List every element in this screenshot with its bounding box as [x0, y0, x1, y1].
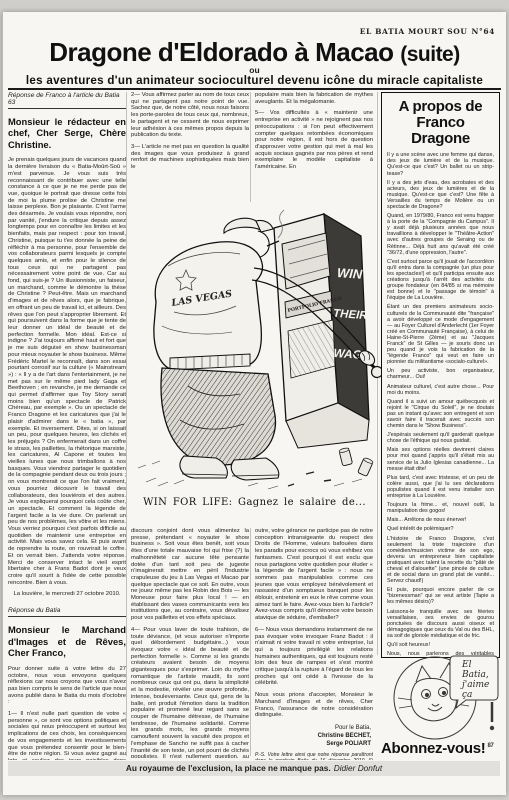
signoff-name-1: Christine BECHET,: [255, 732, 371, 740]
signoff-org: Pour le Batia,: [255, 724, 371, 732]
batia-reply-point-5-end: outre, votre gérance ne participe pas de…: [255, 528, 373, 622]
page-title-main: Dragone d'Eldorado à Macao: [49, 37, 393, 67]
franco-letter-salutation: Monsieur le rédacteur en chef, Cher Serg…: [8, 116, 126, 150]
batia-reply-point-1: 1— Il n'est nulle part question de votre…: [8, 711, 126, 760]
issue-number: N°64: [472, 27, 495, 36]
sidebar-paragraph: L'histoire de Franco Dragone, c'est seul…: [387, 536, 494, 585]
sidebar-paragraph: Toujours la frime... et, nouvel outil, l…: [387, 502, 494, 514]
batia-reply-point-6: 6— Nous vous demandons instamment de ne …: [255, 627, 373, 687]
beer-cans: [288, 447, 374, 486]
batia-reply-point-3-end: populaire mais bien la fabrication de my…: [255, 92, 373, 105]
doodle-text-line: Batia,: [461, 670, 489, 680]
column-franco-letter: Réponse de Franco à l'article du Batia 6…: [8, 92, 126, 760]
column-reply-2-bottom: discours conjoint dont vous alimentez la…: [131, 528, 249, 758]
footer-quote: Au royaume de l'exclusion, la place ne m…: [126, 763, 331, 773]
sidebar-paragraph: Mais... Arrêtons de nous énerver!: [387, 517, 494, 523]
sidebar-paragraph: Quand il a suivi un amour québecquois et…: [387, 399, 494, 429]
sidebar-paragraph: Mais ses options réelles devinrent clair…: [387, 447, 494, 471]
sidebar-paragraph: Il y a une scène avec une femme qui dans…: [387, 152, 494, 176]
editorial-cartoon: PORTFOLIO FRANCO WIN THEIR WAGE: [128, 206, 381, 508]
doodle-text-line: ça: [462, 690, 472, 700]
batia-reply-point-2: 2— Vous affirmez parler au nom de tous c…: [131, 92, 249, 139]
franco-letter-body: Je prenais quelques jours de vacances qu…: [8, 157, 126, 586]
sidebar-paragraph: Qu'il soit heureux!: [387, 642, 494, 648]
column-reply-3-bottom: outre, votre gérance ne participe pas de…: [255, 528, 373, 760]
page-title-suffix: (suite): [400, 43, 460, 66]
signoff-name-2: Serge POLIART: [255, 740, 371, 748]
subscribe-text: Abonnez-vous!: [381, 740, 485, 757]
column-rule: [250, 528, 251, 756]
batia-reply-point-5-start: 5— Vos difficultés à « maintenir une ent…: [255, 110, 373, 170]
sidebar-paragraph: Un peu activiste, bon organisateur, char…: [387, 368, 494, 380]
page-subtitle: les aventures d'un animateur sociocultur…: [0, 74, 509, 87]
cartoon-caption: WIN FOR LIFE: Gagnez le salaire de...: [128, 497, 381, 508]
sidebar-title: A propos de Franco Dragone: [387, 99, 494, 146]
franco-letter-dateline: La louvière, le mercredi 27 octobre 2010…: [8, 591, 126, 597]
slot-machine: PORTFOLIO FRANCO WIN THEIR WAGE: [274, 214, 381, 448]
sidebar-paragraph: Quel intérêt de polémiquer?: [387, 526, 494, 532]
sidebar-paragraph: J'espérais seulement qu'il garderait que…: [387, 432, 494, 444]
machine-side-word-1: WIN: [336, 265, 363, 282]
sidebar-paragraph: Et puis, pourquoi encore parler de ce "b…: [387, 587, 494, 605]
batia-reply-salutation: Monsieur le Marchand d'Images et de Rêve…: [8, 624, 126, 658]
footer-quote-banner: Au royaume de l'exclusion, la place ne m…: [8, 761, 500, 776]
batia-reply-signoff: Pour le Batia, Christine BECHET, Serge P…: [255, 724, 371, 748]
sidebar-paragraph: C'est surtout parce qu'il jouait de l'ac…: [387, 259, 494, 302]
scanned-newspaper-page: { "masthead": { "title": "EL BATIA MOURT…: [0, 0, 509, 800]
page-title: Dragone d'Eldorado à Macao (suite): [0, 39, 509, 65]
subscribe-call: Abonnez-vous!87: [381, 740, 503, 757]
masthead: EL BATIA MOURT SOUN°64: [360, 27, 495, 36]
column-rule: [126, 92, 127, 756]
sidebar-paragraph: Laissons-le tranquille avec ses féeries …: [387, 609, 494, 639]
batia-reply-closing: Nous vous prions d'accepter, Monsieur le…: [255, 692, 373, 719]
sidebar-paragraph: Plus tard, c'est avec tristesse, et un p…: [387, 475, 494, 499]
speech-bubble: El Batia, j'aime ça: [450, 656, 498, 730]
batia-reply-intro: Pour donner suite à votre lettre du 27 o…: [8, 666, 126, 706]
sidebar-title-line2: Franco Dragone: [411, 114, 470, 147]
sidebar-paragraph: Étant un des premiers animateurs socio-c…: [387, 304, 494, 365]
sidebar-paragraph: Animateur culturel, c'est autre chose...…: [387, 384, 494, 396]
batia-reply-point-4: 4— Pour vous laver de toute trahison, de…: [131, 627, 249, 758]
header-rule: [8, 88, 501, 90]
page-number: 87: [487, 743, 493, 749]
column-rule: [250, 92, 251, 202]
cartoon-drawing: PORTFOLIO FRANCO WIN THEIR WAGE: [128, 206, 381, 494]
doodle-text-line: j'aime: [460, 680, 489, 690]
cat-doodle: El Batia, j'aime ça: [388, 650, 502, 742]
sidebar-paragraph: Quand, en 1979/80, Franco est venu frapp…: [387, 213, 494, 256]
sidebar-article: A propos de Franco Dragone Il y a une sc…: [381, 92, 500, 658]
sidebar-paragraph: Il y a des jets d'eau, des acrobates et …: [387, 180, 494, 210]
footer-attribution: Didier Donfut: [334, 763, 382, 773]
batia-reply-point-3-start: 3— L'article ne met pas en question la q…: [131, 144, 249, 171]
batia-reply-point-3-cont: discours conjoint dont vous alimentez la…: [131, 528, 249, 622]
masthead-title: EL BATIA MOURT SOU: [360, 27, 468, 36]
sidebar-title-line1: A propos de: [399, 98, 483, 115]
column-reply-2-top: 2— Vous affirmez parler au nom de tous c…: [131, 92, 249, 204]
franco-letter-kicker: Réponse de Franco à l'article du Batia 6…: [8, 92, 126, 109]
batia-reply-kicker: Réponse du Batia: [8, 607, 126, 617]
batia-reply-postscript: P.-S. Votre lettre ainsi que notre répon…: [255, 753, 373, 760]
doodle-text-line: El: [461, 660, 472, 670]
column-reply-3-top: populaire mais bien la fabrication de my…: [255, 92, 373, 204]
